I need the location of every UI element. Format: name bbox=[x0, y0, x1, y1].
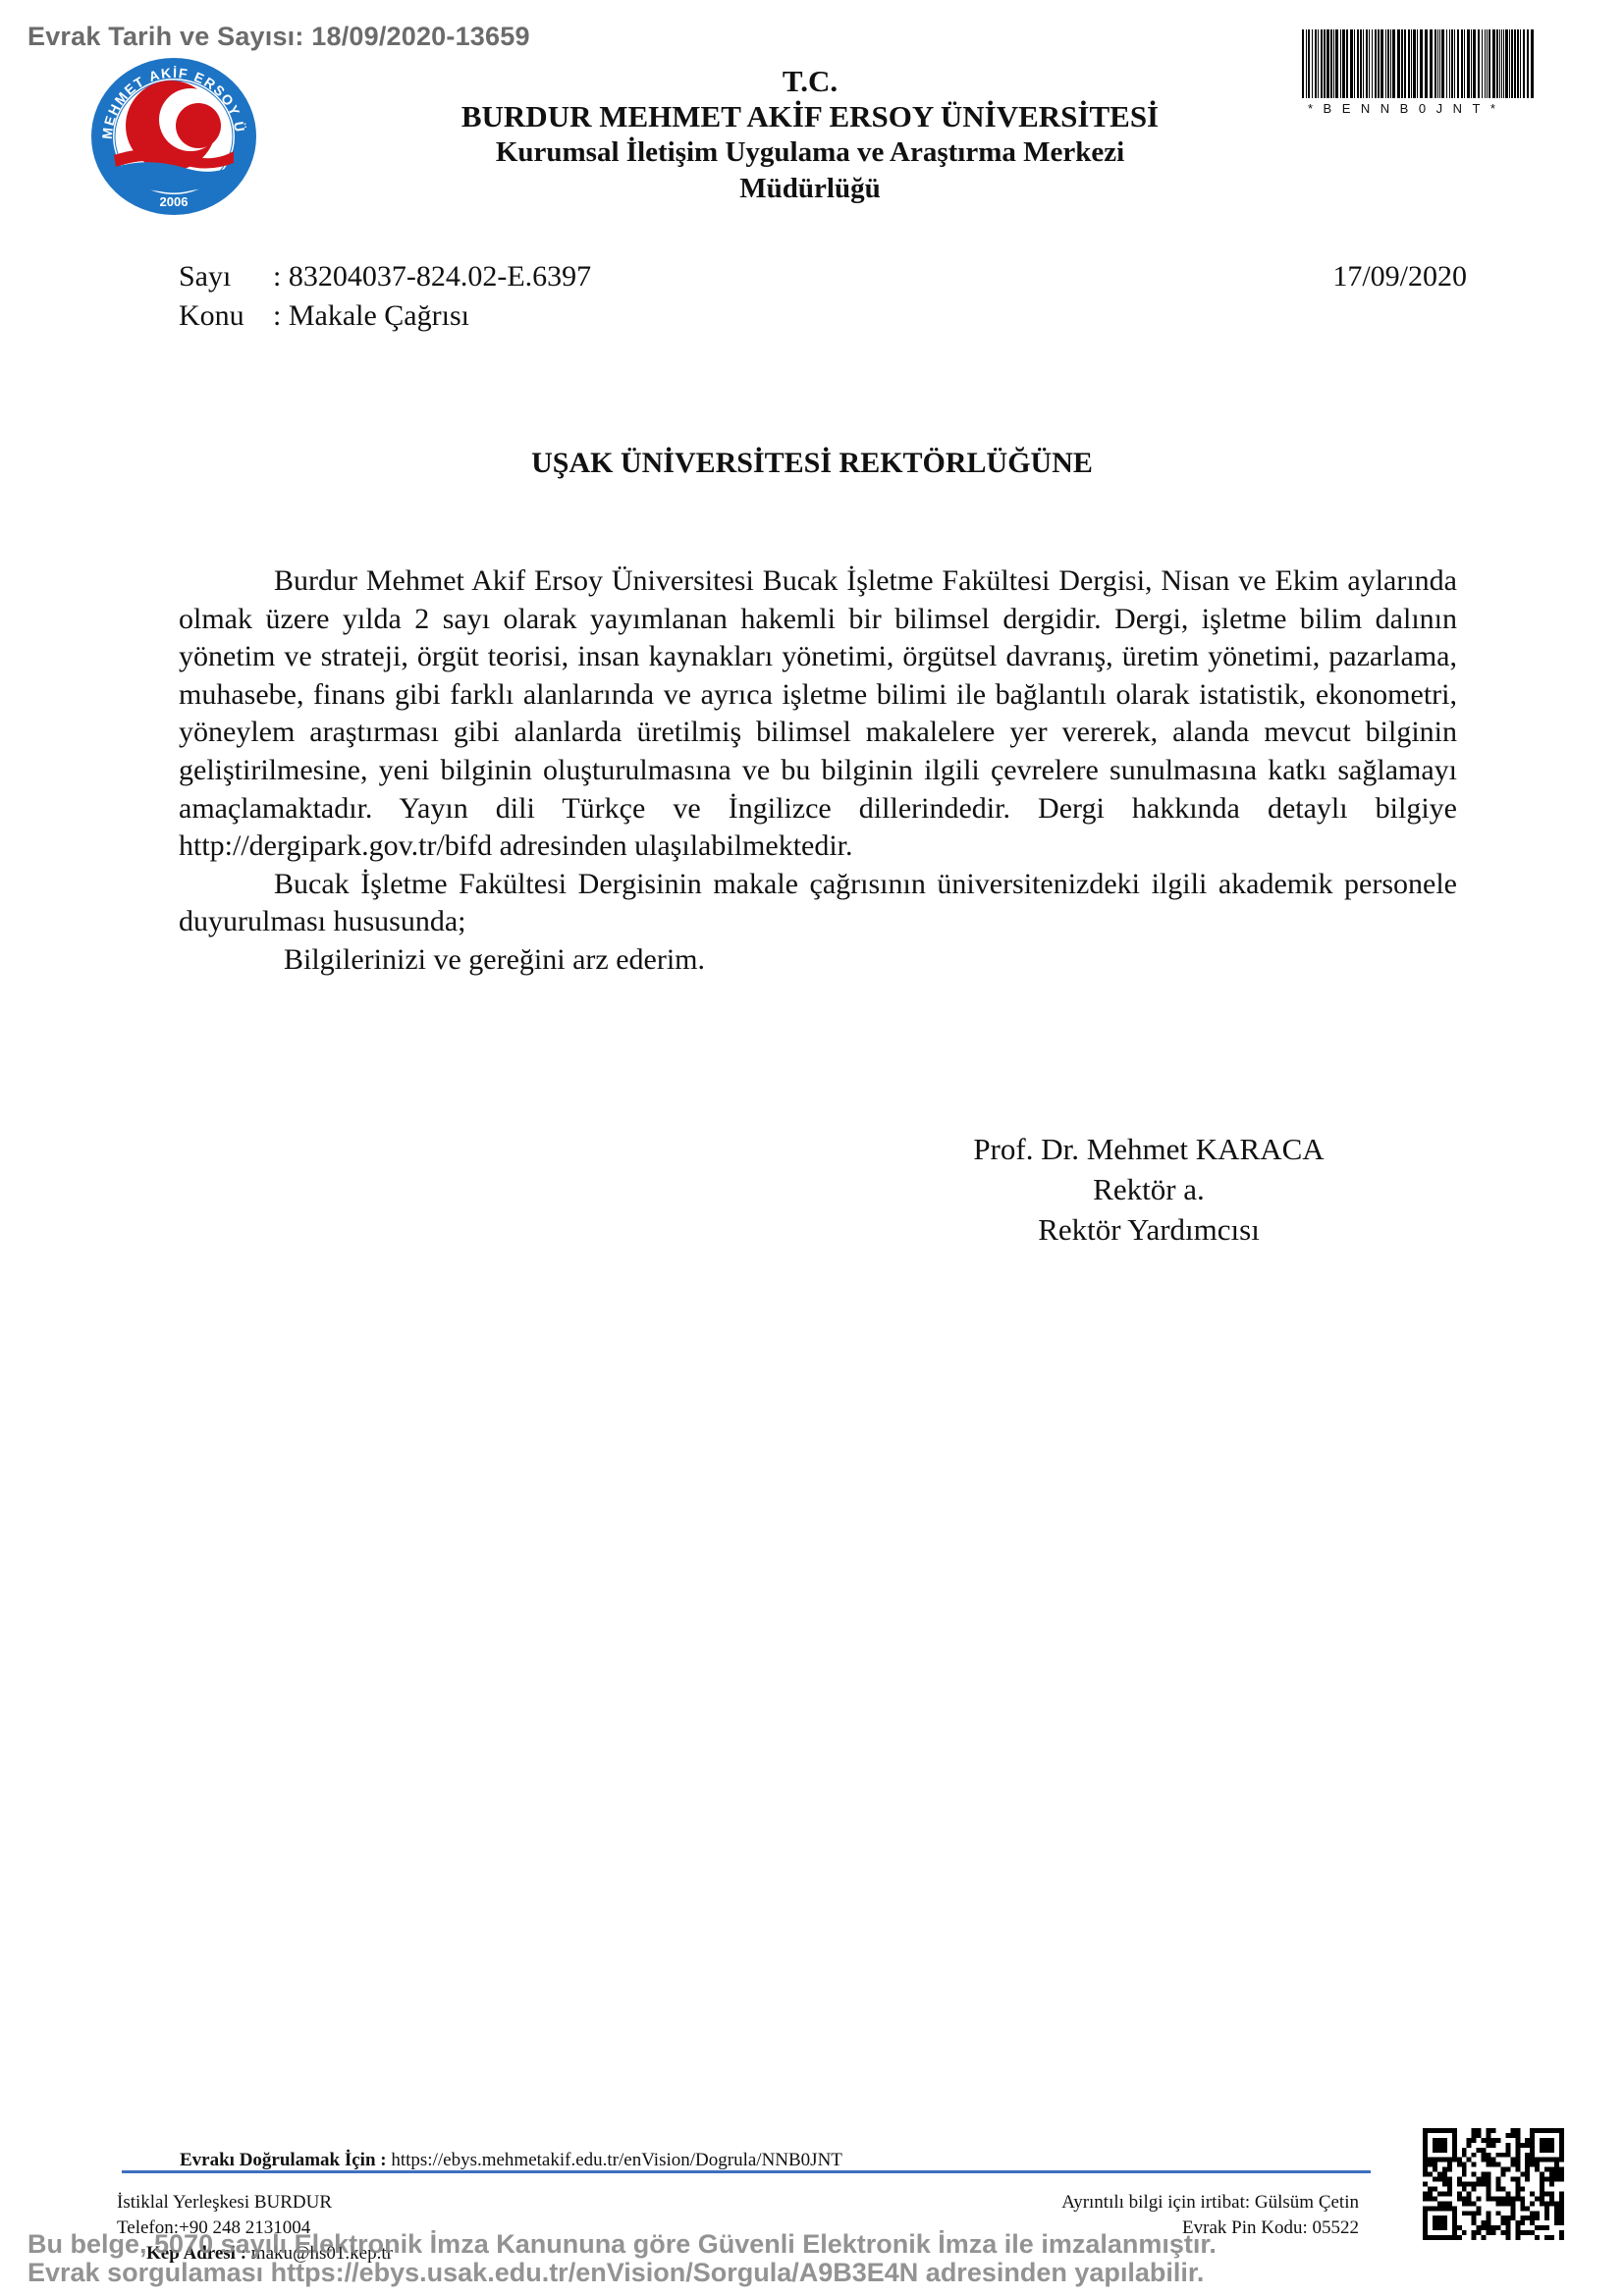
signatory-title-1: Rektör a. bbox=[943, 1169, 1355, 1209]
letter-body: Burdur Mehmet Akif Ersoy Üniversitesi Bu… bbox=[179, 562, 1457, 980]
footer-divider bbox=[122, 2170, 1371, 2173]
header-department: Müdürlüğü bbox=[295, 171, 1326, 207]
barcode-text: *BENNB0JNT* bbox=[1308, 101, 1543, 116]
document-date-number-stamp: Evrak Tarih ve Sayısı: 18/09/2020-13659 bbox=[27, 22, 530, 52]
signatory-name: Prof. Dr. Mehmet KARACA bbox=[943, 1129, 1355, 1169]
body-closing: Bilgilerinizi ve gereğini arz ederim. bbox=[179, 941, 1457, 980]
konu-label: Konu bbox=[179, 296, 273, 336]
verification-line: Evrakı Doğrulamak İçin : https://ebys.me… bbox=[180, 2150, 842, 2171]
contact-text: Ayrıntılı bilgi için irtibat: Gülsüm Çet… bbox=[1061, 2190, 1359, 2216]
svg-text:2006: 2006 bbox=[160, 194, 189, 209]
barcode: *BENNB0JNT* bbox=[1302, 29, 1543, 118]
university-seal-icon: MEHMET AKİF ERSOY ÜNİVERSİTESİ 2006 bbox=[90, 57, 257, 216]
university-logo: MEHMET AKİF ERSOY ÜNİVERSİTESİ 2006 bbox=[90, 57, 257, 216]
letterhead: T.C. BURDUR MEHMET AKİF ERSOY ÜNİVERSİTE… bbox=[295, 65, 1326, 207]
e-signature-stamp: Bu belge, 5070 sayılı Elektronik İmza Ka… bbox=[27, 2230, 1217, 2287]
address-text: İstiklal Yerleşkesi BURDUR bbox=[117, 2190, 393, 2216]
konu-value: : Makale Çağrısı bbox=[273, 296, 469, 336]
verify-url[interactable]: https://ebys.mehmetakif.edu.tr/enVision/… bbox=[391, 2150, 842, 2170]
verify-label: Evrakı Doğrulamak İçin : bbox=[180, 2150, 387, 2170]
e-signature-notice: Bu belge, 5070 sayılı Elektronik İmza Ka… bbox=[27, 2230, 1217, 2259]
e-document-query-notice: Evrak sorgulaması https://ebys.usak.edu.… bbox=[27, 2259, 1217, 2287]
document-meta: Sayı : 83204037-824.02-E.6397 Konu : Mak… bbox=[179, 257, 591, 336]
body-paragraph-2: Bucak İşletme Fakültesi Dergisinin makal… bbox=[179, 866, 1457, 941]
barcode-bars-icon bbox=[1302, 29, 1536, 98]
sayi-label: Sayı bbox=[179, 257, 273, 296]
qr-code bbox=[1422, 2128, 1565, 2240]
header-university: BURDUR MEHMET AKİF ERSOY ÜNİVERSİTESİ bbox=[295, 98, 1326, 134]
recipient-heading: UŞAK ÜNİVERSİTESİ REKTÖRLÜĞÜNE bbox=[0, 447, 1624, 480]
body-paragraph-1: Burdur Mehmet Akif Ersoy Üniversitesi Bu… bbox=[179, 562, 1457, 866]
sayi-value: : 83204037-824.02-E.6397 bbox=[273, 257, 591, 296]
header-center: Kurumsal İletişim Uygulama ve Araştırma … bbox=[295, 134, 1326, 171]
signature-block: Prof. Dr. Mehmet KARACA Rektör a. Rektör… bbox=[943, 1129, 1355, 1250]
document-date: 17/09/2020 bbox=[1332, 257, 1467, 296]
signatory-title-2: Rektör Yardımcısı bbox=[943, 1209, 1355, 1250]
qr-code-icon bbox=[1422, 2128, 1565, 2240]
header-tc: T.C. bbox=[295, 65, 1326, 98]
